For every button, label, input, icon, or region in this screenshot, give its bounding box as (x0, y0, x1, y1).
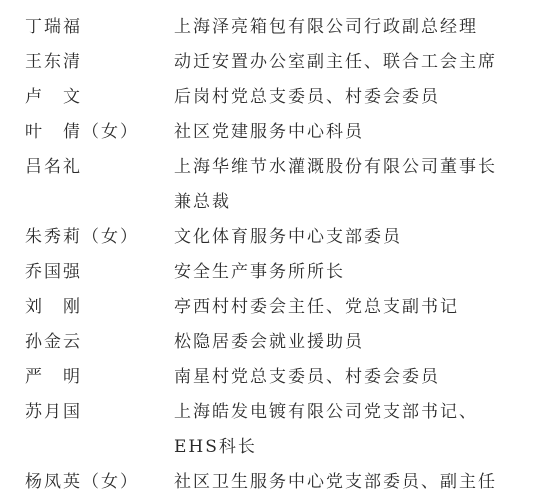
member-name: 苏月国 (25, 395, 82, 430)
list-item: 杨凤英（女） 社区卫生服务中心党支部委员、副主任 (0, 465, 534, 498)
member-name: 吕名礼 (25, 150, 82, 185)
list-item: 叶 倩（女） 社区党建服务中心科员 (0, 115, 534, 150)
list-item: 王东清 动迁安置办公室副主任、联合工会主席 (0, 45, 534, 80)
member-title: 后岗村党总支委员、村委会委员 (174, 80, 514, 115)
member-name: 刘 刚 (25, 290, 82, 325)
member-title: 动迁安置办公室副主任、联合工会主席 (174, 45, 514, 80)
list-item: 苏月国 上海皓发电镀有限公司党支部书记、EHS科长 (0, 395, 534, 465)
list-item: 吕名礼 上海华维节水灌溉股份有限公司董事长兼总裁 (0, 150, 534, 220)
member-title: 文化体育服务中心支部委员 (174, 220, 514, 255)
member-name: 孙金云 (25, 325, 82, 360)
member-name: 乔国强 (25, 255, 82, 290)
member-name: 丁瑞福 (25, 10, 82, 45)
member-title: 松隐居委会就业援助员 (174, 325, 514, 360)
member-name: 王东清 (25, 45, 82, 80)
member-name: 卢 文 (25, 80, 82, 115)
member-name: 杨凤英（女） (25, 465, 139, 498)
member-title: 南星村党总支委员、村委会委员 (174, 360, 514, 395)
member-name: 叶 倩（女） (25, 115, 139, 150)
list-item: 丁瑞福 上海泽亮箱包有限公司行政副总经理 (0, 10, 534, 45)
list-item: 严 明 南星村党总支委员、村委会委员 (0, 360, 534, 395)
member-title: 上海皓发电镀有限公司党支部书记、EHS科长 (174, 395, 514, 465)
list-item: 乔国强 安全生产事务所所长 (0, 255, 534, 290)
member-list: 丁瑞福 上海泽亮箱包有限公司行政副总经理 王东清 动迁安置办公室副主任、联合工会… (0, 10, 534, 498)
list-item: 卢 文 后岗村党总支委员、村委会委员 (0, 80, 534, 115)
member-title: 社区卫生服务中心党支部委员、副主任 (174, 465, 514, 498)
member-title: 亭西村村委会主任、党总支副书记 (174, 290, 514, 325)
list-item: 朱秀莉（女） 文化体育服务中心支部委员 (0, 220, 534, 255)
member-name: 朱秀莉（女） (25, 220, 139, 255)
member-title: 上海华维节水灌溉股份有限公司董事长兼总裁 (174, 150, 514, 220)
list-item: 刘 刚 亭西村村委会主任、党总支副书记 (0, 290, 534, 325)
member-title: 上海泽亮箱包有限公司行政副总经理 (174, 10, 514, 45)
member-title: 安全生产事务所所长 (174, 255, 514, 290)
list-item: 孙金云 松隐居委会就业援助员 (0, 325, 534, 360)
member-title: 社区党建服务中心科员 (174, 115, 514, 150)
member-name: 严 明 (25, 360, 82, 395)
